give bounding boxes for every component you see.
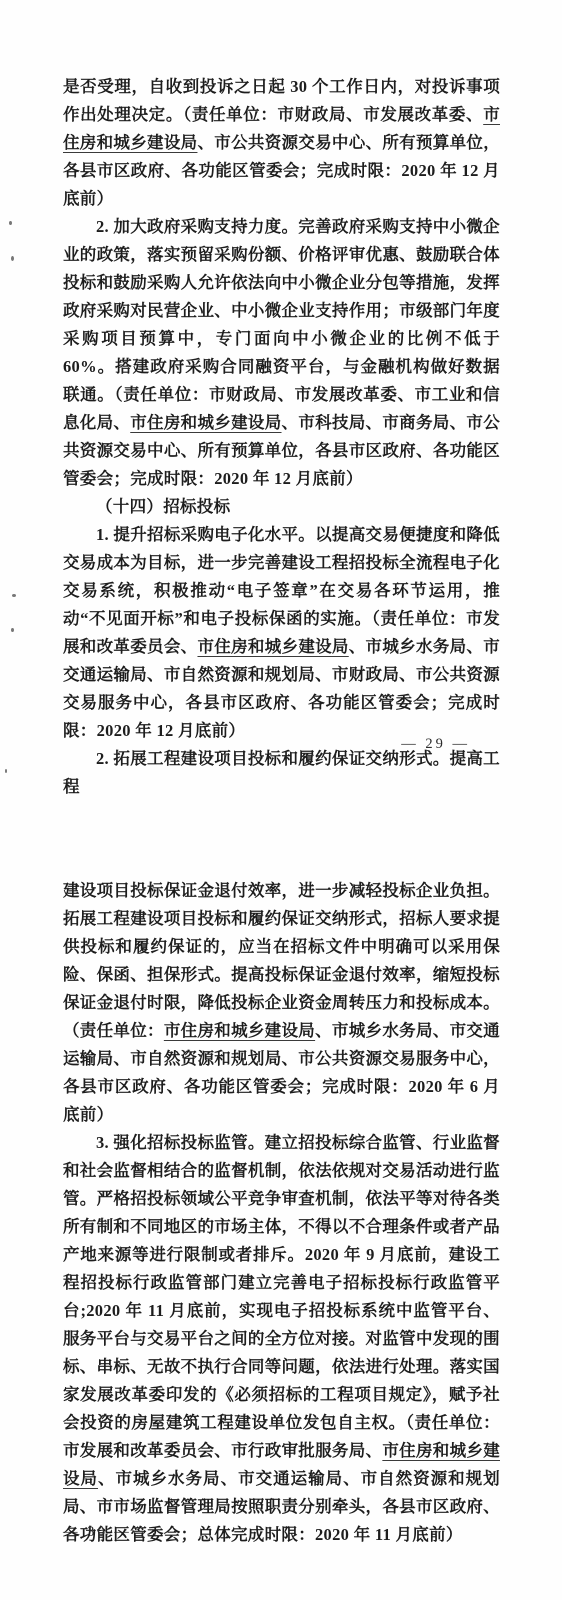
paragraph: 1. 提升招标采购电子化水平。以提高交易便捷度和降低交易成本为目标，进一步完善建… [63, 521, 500, 745]
underlined-agency-name: 市住房和城乡建设局 [164, 1021, 315, 1040]
text-run: 建设项目投标保证金退付效率，进一步减轻投标企业负担。拓展工程建设项目投标和履约保… [63, 881, 500, 1040]
paragraph: 建设项目投标保证金退付效率，进一步减轻投标企业负担。拓展工程建设项目投标和履约保… [63, 877, 500, 1129]
page-30: 建设项目投标保证金退付效率，进一步减轻投标企业负担。拓展工程建设项目投标和履约保… [0, 800, 562, 1600]
page-30-text-block: 建设项目投标保证金退付效率，进一步减轻投标企业负担。拓展工程建设项目投标和履约保… [63, 877, 500, 1549]
text-run: 3. 强化招标投标监管。建立招投标综合监管、行业监督和社会监督相结合的监督机制，… [63, 1133, 500, 1460]
paragraph: 2. 加大政府采购支持力度。完善政府采购支持中小微企业的政策，落实预留采购份额、… [63, 213, 500, 493]
scan-artifact-speck [11, 256, 14, 261]
page-29-text-block: 是否受理，自收到投诉之日起 30 个工作日内，对投诉事项作出处理决定。（责任单位… [63, 73, 500, 800]
text-run: 2. 拓展工程建设项目投标和履约保证交纳形式。提高工程 [63, 749, 500, 796]
text-run: 2. 加大政府采购支持力度。完善政府采购支持中小微企业的政策，落实预留采购份额、… [63, 217, 500, 432]
text-run: 是否受理，自收到投诉之日起 30 个工作日内，对投诉事项作出处理决定。（责任单位… [63, 77, 500, 124]
underlined-agency-name: 市住房和城乡建设局 [197, 637, 348, 656]
scan-artifact-speck [11, 628, 14, 632]
page-number-30: — 30 — [63, 1524, 132, 1541]
page-number-29: — 29 — [401, 736, 470, 753]
page-29: 是否受理，自收到投诉之日起 30 个工作日内，对投诉事项作出处理决定。（责任单位… [0, 0, 562, 800]
paragraph: （十四）招标投标 [63, 493, 500, 521]
paragraph: 3. 强化招标投标监管。建立招投标综合监管、行业监督和社会监督相结合的监督机制，… [63, 1129, 500, 1549]
paragraph: 是否受理，自收到投诉之日起 30 个工作日内，对投诉事项作出处理决定。（责任单位… [63, 73, 500, 213]
scan-artifact-speck [9, 221, 12, 225]
paragraph: 2. 拓展工程建设项目投标和履约保证交纳形式。提高工程 [63, 745, 500, 800]
underlined-agency-name: 市住房和城乡建设局 [130, 413, 281, 432]
scanned-document: 是否受理，自收到投诉之日起 30 个工作日内，对投诉事项作出处理决定。（责任单位… [0, 0, 562, 1600]
text-run: （十四）招标投标 [96, 497, 230, 516]
scan-artifact-speck [5, 769, 7, 773]
scan-artifact-speck [12, 594, 16, 597]
